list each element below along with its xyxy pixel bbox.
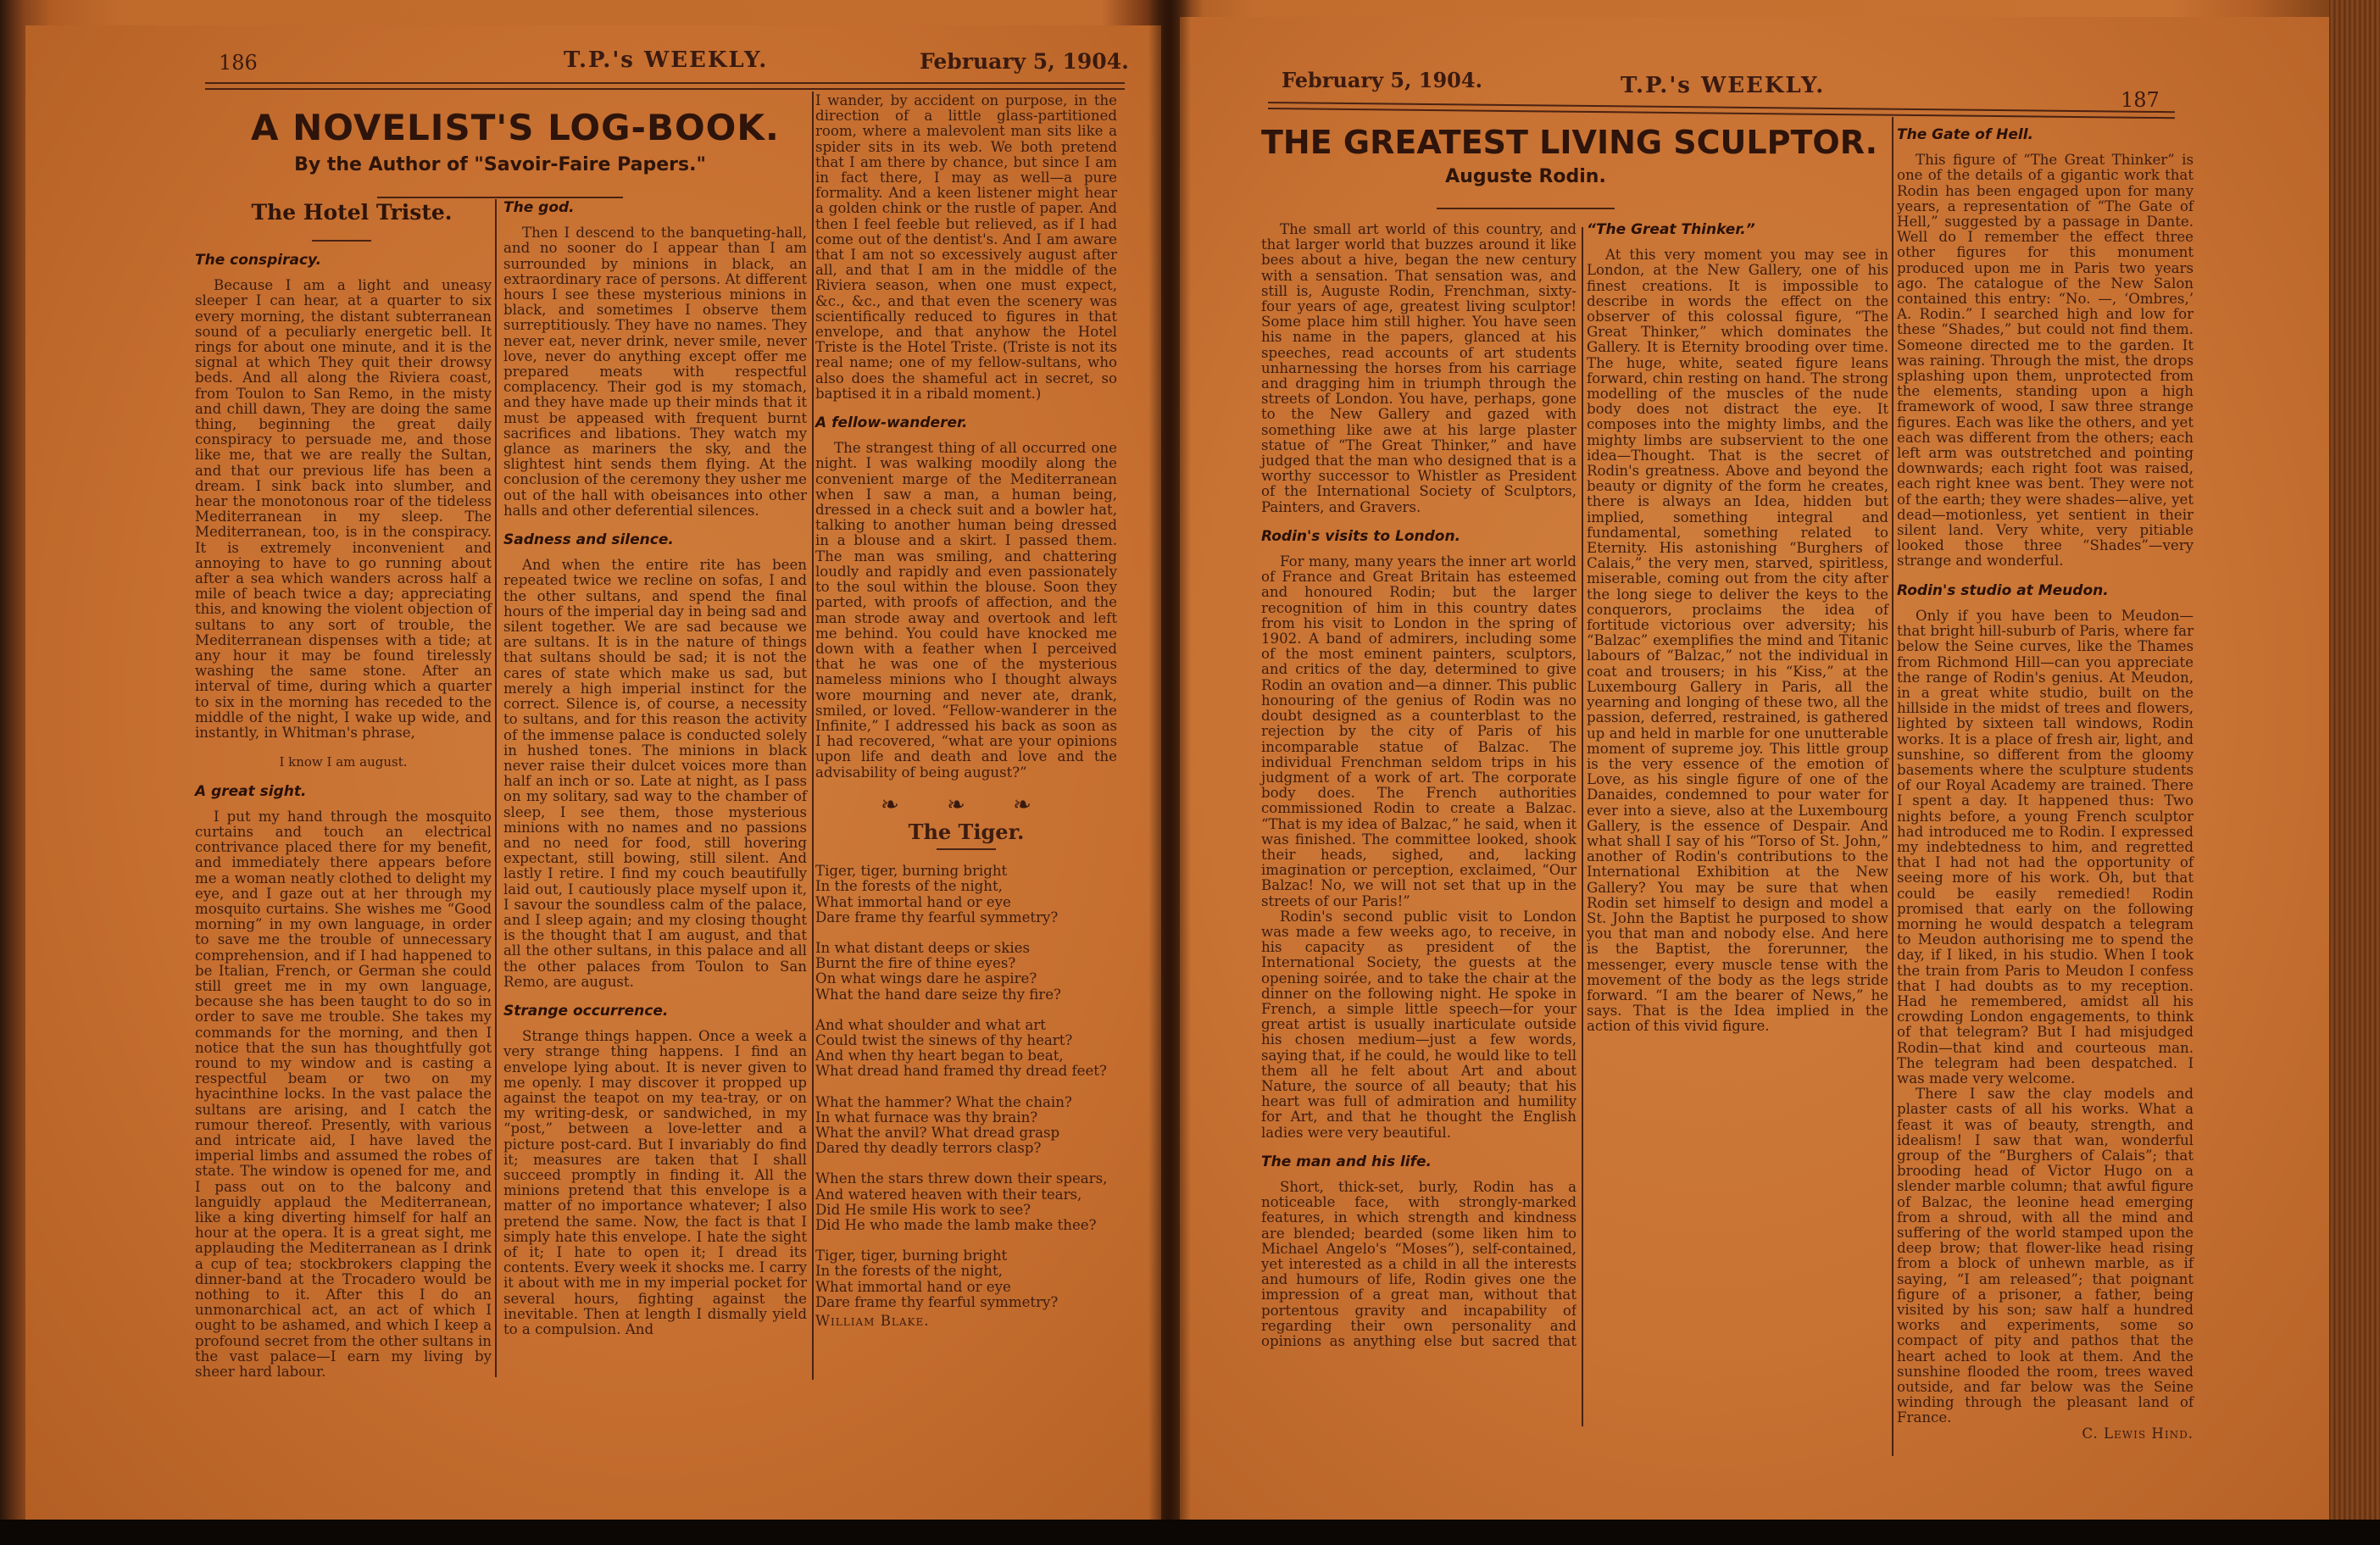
paragraph: The small art world of this country, and… bbox=[1261, 222, 1576, 515]
section-heading-god: The god. bbox=[503, 200, 807, 215]
article-author: C. Lewis Hind. bbox=[1897, 1426, 2194, 1442]
poem-line: In the forests of the night, bbox=[815, 1264, 1117, 1279]
ornament-divider-icon: ❧ ❧ ❧ bbox=[815, 798, 1117, 813]
section-heading-gate-of-hell: The Gate of Hell. bbox=[1897, 127, 2194, 142]
paragraph: Because I am a light and uneasy sleeper … bbox=[195, 278, 492, 741]
paragraph: There I saw the clay models and plaster … bbox=[1897, 1087, 2194, 1426]
poem-line: In the forests of the night, bbox=[815, 879, 1117, 894]
left-header-rule-2 bbox=[205, 88, 1125, 90]
right-column-3: The Gate of Hell. This figure of “The Gr… bbox=[1897, 127, 2194, 1442]
left-article-title: A NOVELIST'S LOG-BOOK. bbox=[251, 107, 780, 148]
poem-line: And what shoulder and what art bbox=[815, 1018, 1117, 1033]
paragraph: For many, many years the inner art world… bbox=[1261, 554, 1576, 909]
right-col-divider-1 bbox=[1582, 227, 1583, 1426]
paragraph: Only if you have been to Meudon—that bri… bbox=[1897, 609, 2194, 1087]
left-column-2: The god. Then I descend to the banquetin… bbox=[503, 200, 807, 1337]
section-heading-sadness: Sadness and silence. bbox=[503, 532, 807, 547]
section-heading-conspiracy: The conspiracy. bbox=[195, 253, 492, 268]
paragraph: Then I descend to the banqueting-hall, a… bbox=[503, 225, 807, 519]
left-column-3: I wander, by accident on purpose, in the… bbox=[815, 93, 1117, 1329]
right-page-number: 187 bbox=[2121, 88, 2160, 112]
paragraph: Rodin's second public visit to London wa… bbox=[1261, 909, 1576, 1141]
book-gutter bbox=[1148, 0, 1191, 1545]
poem-line: On what wings dare he aspire? bbox=[815, 971, 1117, 986]
poem-stanza: When the stars threw down their spears, … bbox=[815, 1171, 1117, 1233]
poem-stanza: And what shoulder and what art Could twi… bbox=[815, 1018, 1117, 1080]
poem-author: William Blake. bbox=[815, 1314, 1117, 1329]
poem-line: When the stars threw down their spears, bbox=[815, 1171, 1117, 1187]
poem-line: Could twist the sinews of thy heart? bbox=[815, 1033, 1117, 1048]
poem-body: Tiger, tiger, burning bright In the fore… bbox=[815, 864, 1117, 1329]
poem-stanza: In what distant deeps or skies Burnt the… bbox=[815, 941, 1117, 1003]
paragraph-continued: I wander, by accident on purpose, in the… bbox=[815, 93, 1117, 402]
section-heading-strange: Strange occurrence. bbox=[503, 1003, 807, 1019]
poem-line: What immortal hand or eye bbox=[815, 895, 1117, 910]
poem-line: Tiger, tiger, burning bright bbox=[815, 864, 1117, 879]
page-edges bbox=[2329, 0, 2380, 1545]
right-column-2: “The Great Thinker.” At this very moment… bbox=[1587, 222, 1888, 1035]
section-heading-man-life: The man and his life. bbox=[1261, 1154, 1576, 1170]
left-col-divider-2 bbox=[812, 92, 814, 1380]
poem-line: What the hammer? What the chain? bbox=[815, 1095, 1117, 1110]
poem-stanza: Tiger, tiger, burning bright In the fore… bbox=[815, 864, 1117, 925]
right-title-divider bbox=[1437, 208, 1615, 209]
paragraph: I put my hand through the mosquito curta… bbox=[195, 809, 492, 1381]
right-article-title: THE GREATEST LIVING SCULPTOR. bbox=[1261, 124, 1877, 161]
hotel-triste-heading: The Hotel Triste. bbox=[203, 200, 500, 225]
poem-line: And when thy heart began to beat, bbox=[815, 1048, 1117, 1064]
section-heading-fellow-wanderer: A fellow-wanderer. bbox=[815, 415, 1117, 431]
paragraph: This figure of “The Great Thinker” is on… bbox=[1897, 153, 2194, 569]
poem-title: The Tiger. bbox=[815, 825, 1117, 840]
poem-line: Tiger, tiger, burning bright bbox=[815, 1248, 1117, 1264]
poem-stanza: Tiger, tiger, burning bright In the fore… bbox=[815, 1248, 1117, 1310]
left-date: February 5, 1904. bbox=[920, 49, 1129, 74]
poem-line: Dared thy deadly terrors clasp? bbox=[815, 1141, 1117, 1156]
poem-line: What immortal hand or eye bbox=[815, 1280, 1117, 1295]
right-date: February 5, 1904. bbox=[1282, 68, 1482, 92]
poem-title-divider bbox=[937, 848, 996, 850]
section-heading-visits-london: Rodin's visits to London. bbox=[1261, 529, 1576, 544]
left-col-divider-1 bbox=[495, 199, 497, 1377]
section-heading-great-sight: A great sight. bbox=[195, 784, 492, 799]
poem-line: Did He smile His work to see? bbox=[815, 1203, 1117, 1218]
poem-line: What the anvil? What dread grasp bbox=[815, 1125, 1117, 1141]
section-heading-meudon: Rodin's studio at Meudon. bbox=[1897, 583, 2194, 598]
poem-line: Dare frame thy fearful symmetry? bbox=[815, 910, 1117, 925]
paragraph: At this very moment you may see in Londo… bbox=[1587, 247, 1888, 1034]
left-page-number: 186 bbox=[219, 51, 258, 75]
poem-line: Burnt the fire of thine eyes? bbox=[815, 956, 1117, 971]
poem-line: In what furnace was thy brain? bbox=[815, 1110, 1117, 1125]
right-col-divider-2 bbox=[1892, 117, 1893, 1456]
bottom-shadow bbox=[0, 1520, 2380, 1545]
paragraph: Strange things happen. Once a week a ver… bbox=[503, 1029, 807, 1337]
paragraph: And when the entire rite has been repeat… bbox=[503, 558, 807, 990]
right-masthead: T.P.'s WEEKLY. bbox=[1621, 73, 1825, 98]
section-heading-great-thinker: “The Great Thinker.” bbox=[1587, 222, 1888, 237]
poem-line: What the hand dare seize thy fire? bbox=[815, 987, 1117, 1003]
right-column-1: The small art world of this country, and… bbox=[1261, 222, 1576, 1349]
poem-line: And watered heaven with their tears, bbox=[815, 1187, 1117, 1203]
poem-line: What dread hand framed thy dread feet? bbox=[815, 1064, 1117, 1079]
left-column-1: The conspiracy. Because I am a light and… bbox=[195, 253, 492, 1380]
right-article-subtitle: Auguste Rodin. bbox=[1339, 166, 1712, 187]
whitman-quote: I know I am august. bbox=[195, 754, 492, 770]
paragraph: The strangest thing of all occurred one … bbox=[815, 441, 1117, 780]
left-article-byline: By the Author of "Savoir-Faire Papers." bbox=[280, 154, 720, 175]
title-divider bbox=[377, 197, 623, 198]
hotel-triste-divider bbox=[312, 240, 371, 242]
left-header-rule bbox=[205, 82, 1125, 84]
book-spread: 186 T.P.'s WEEKLY. February 5, 1904. A N… bbox=[0, 0, 2380, 1545]
poem-line: Dare frame thy fearful symmetry? bbox=[815, 1295, 1117, 1310]
poem-line: In what distant deeps or skies bbox=[815, 941, 1117, 956]
poem-line: Did He who made the lamb make thee? bbox=[815, 1218, 1117, 1233]
paragraph: Short, thick-set, burly, Rodin has a not… bbox=[1261, 1180, 1576, 1349]
poem-stanza: What the hammer? What the chain? In what… bbox=[815, 1095, 1117, 1157]
left-masthead: T.P.'s WEEKLY. bbox=[564, 47, 768, 73]
